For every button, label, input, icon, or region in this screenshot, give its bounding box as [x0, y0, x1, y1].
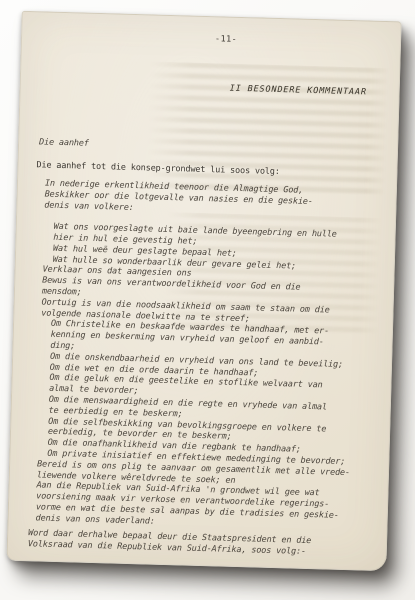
preamble-quote-text: In nederige erkentlikheid teenoor die Al…: [35, 179, 357, 533]
document-page: -11- II BESONDERE KOMMENTAAR Die aanhef …: [6, 11, 401, 571]
scan-background: -11- II BESONDERE KOMMENTAAR Die aanhef …: [0, 0, 415, 600]
subheading-die-aanhef: Die aanhef: [39, 137, 89, 149]
closing-enactment-text: Word daar derhalwe bepaal deur die Staat…: [28, 528, 312, 557]
intro-line: Die aanhef tot die konsep-grondwet lui s…: [36, 160, 280, 178]
section-heading: II BESONDERE KOMMENTAAR: [229, 84, 367, 99]
page-number: -11-: [37, 29, 415, 50]
